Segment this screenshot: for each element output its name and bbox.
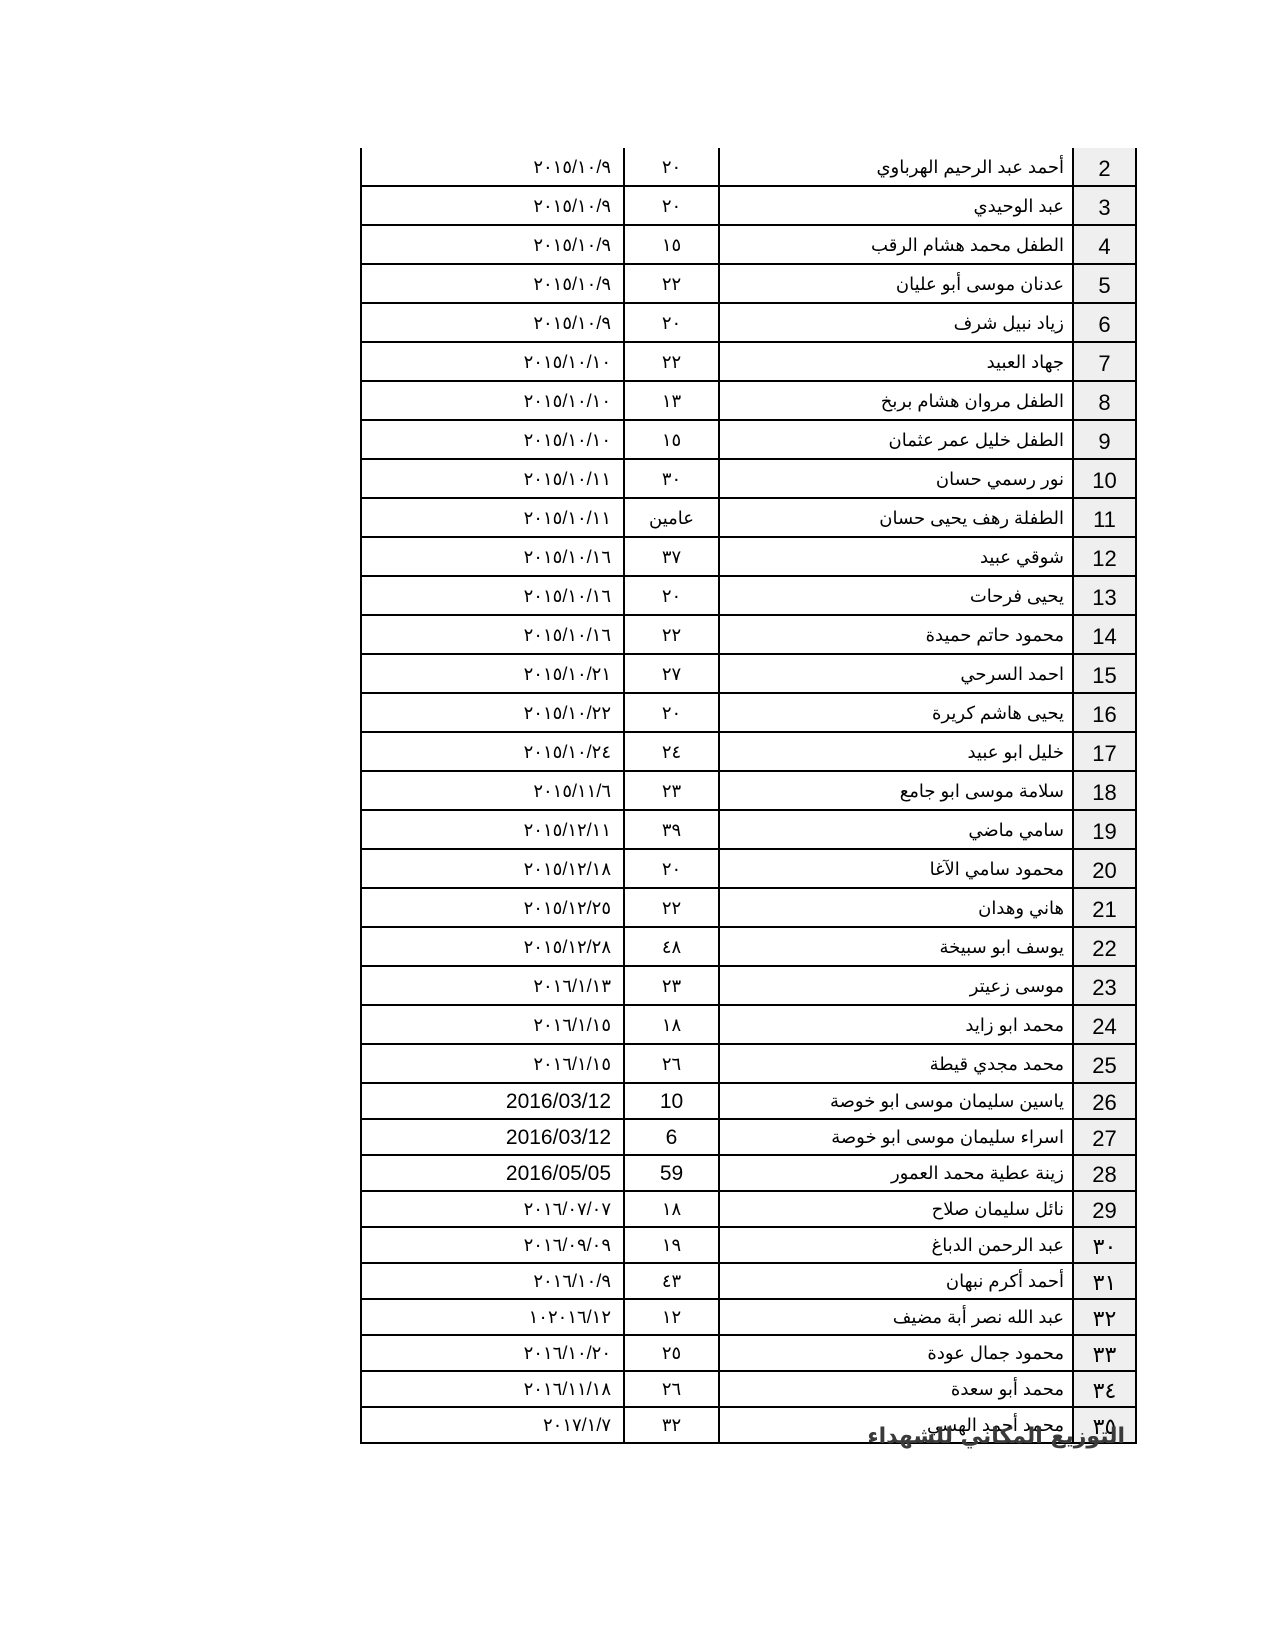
name-cell: سلامة موسى ابو جامع bbox=[719, 771, 1073, 810]
age-cell: عامين bbox=[624, 498, 719, 537]
name-cell: يحيى هاشم كريرة bbox=[719, 693, 1073, 732]
name-cell: زينة عطية محمد العمور bbox=[719, 1155, 1073, 1191]
age-cell: ٢٦ bbox=[624, 1044, 719, 1083]
table-row: 12شوقي عبيد٣٧٢٠١٥/١٠/١٦ bbox=[361, 537, 1136, 576]
name-cell: الطفل محمد هشام الرقب bbox=[719, 225, 1073, 264]
table-row: 27اسراء سليمان موسى ابو خوصة62016/03/12 bbox=[361, 1119, 1136, 1155]
row-number: 15 bbox=[1073, 654, 1136, 693]
table-row: 7جهاد العبيد٢٢٢٠١٥/١٠/١٠ bbox=[361, 342, 1136, 381]
age-cell: ٢٤ bbox=[624, 732, 719, 771]
table-row: 13يحيى فرحات٢٠٢٠١٥/١٠/١٦ bbox=[361, 576, 1136, 615]
age-cell: ٤٨ bbox=[624, 927, 719, 966]
age-cell: ٢٥ bbox=[624, 1335, 719, 1371]
name-cell: عدنان موسى أبو عليان bbox=[719, 264, 1073, 303]
age-cell: ٣٧ bbox=[624, 537, 719, 576]
row-number: 26 bbox=[1073, 1083, 1136, 1119]
date-cell: ٢٠١٥/١٢/١١ bbox=[361, 810, 624, 849]
table-row: 9الطفل خليل عمر عثمان١٥٢٠١٥/١٠/١٠ bbox=[361, 420, 1136, 459]
name-cell: سامي ماضي bbox=[719, 810, 1073, 849]
row-number: 7 bbox=[1073, 342, 1136, 381]
table-row: 14محمود حاتم حميدة٢٢٢٠١٥/١٠/١٦ bbox=[361, 615, 1136, 654]
row-number: 18 bbox=[1073, 771, 1136, 810]
date-cell: ٢٠١٥/١٠/١٠ bbox=[361, 381, 624, 420]
age-cell: ١٣ bbox=[624, 381, 719, 420]
date-cell: ٢٠١٥/١٠/٢٤ bbox=[361, 732, 624, 771]
name-cell: محمود حاتم حميدة bbox=[719, 615, 1073, 654]
age-cell: 6 bbox=[624, 1119, 719, 1155]
table-row: 28زينة عطية محمد العمور592016/05/05 bbox=[361, 1155, 1136, 1191]
age-cell: ٣٠ bbox=[624, 459, 719, 498]
age-cell: ٢٢ bbox=[624, 888, 719, 927]
age-cell: ٢٠ bbox=[624, 849, 719, 888]
row-number: 4 bbox=[1073, 225, 1136, 264]
age-cell: ٣٢ bbox=[624, 1407, 719, 1443]
age-cell: ٢٦ bbox=[624, 1371, 719, 1407]
table-row: 5عدنان موسى أبو عليان٢٢٢٠١٥/١٠/٩ bbox=[361, 264, 1136, 303]
table-row: 22يوسف ابو سبيخة٤٨٢٠١٥/١٢/٢٨ bbox=[361, 927, 1136, 966]
name-cell: محمد مجدي قيطة bbox=[719, 1044, 1073, 1083]
table-row: ٣٠عبد الرحمن الدباغ١٩٢٠١٦/٠٩/٠٩ bbox=[361, 1227, 1136, 1263]
name-cell: موسى زعيتر bbox=[719, 966, 1073, 1005]
section-heading: التوزيع المكاني للشهداء bbox=[867, 1424, 1125, 1449]
name-cell: الطفلة رهف يحيى حسان bbox=[719, 498, 1073, 537]
table-row: 4الطفل محمد هشام الرقب١٥٢٠١٥/١٠/٩ bbox=[361, 225, 1136, 264]
row-number: 14 bbox=[1073, 615, 1136, 654]
name-cell: محمود جمال عودة bbox=[719, 1335, 1073, 1371]
name-cell: أحمد أكرم نبهان bbox=[719, 1263, 1073, 1299]
table-row: 6زياد نبيل شرف٢٠٢٠١٥/١٠/٩ bbox=[361, 303, 1136, 342]
date-cell: ٢٠١٦/٠٧/٠٧ bbox=[361, 1191, 624, 1227]
date-cell: ٢٠١٦/١/١٥ bbox=[361, 1044, 624, 1083]
name-cell: شوقي عبيد bbox=[719, 537, 1073, 576]
name-cell: عبد الوحيدي bbox=[719, 186, 1073, 225]
row-number: 28 bbox=[1073, 1155, 1136, 1191]
table-row: ٣٣محمود جمال عودة٢٥٢٠١٦/١٠/٢٠ bbox=[361, 1335, 1136, 1371]
name-cell: نائل سليمان صلاح bbox=[719, 1191, 1073, 1227]
table-row: 3عبد الوحيدي٢٠٢٠١٥/١٠/٩ bbox=[361, 186, 1136, 225]
row-number: 21 bbox=[1073, 888, 1136, 927]
age-cell: ١٨ bbox=[624, 1191, 719, 1227]
name-cell: أحمد عبد الرحيم الهرباوي bbox=[719, 148, 1073, 186]
name-cell: ياسين سليمان موسى ابو خوصة bbox=[719, 1083, 1073, 1119]
row-number: 16 bbox=[1073, 693, 1136, 732]
date-cell: ٢٠١٥/١٠/١٠ bbox=[361, 420, 624, 459]
table-row: 29نائل سليمان صلاح١٨٢٠١٦/٠٧/٠٧ bbox=[361, 1191, 1136, 1227]
table-row: 18سلامة موسى ابو جامع٢٣٢٠١٥/١١/٦ bbox=[361, 771, 1136, 810]
date-cell: ٢٠١٥/١٠/١٠ bbox=[361, 342, 624, 381]
age-cell: ٢٧ bbox=[624, 654, 719, 693]
table-row: ٣٤محمد أبو سعدة٢٦٢٠١٦/١١/١٨ bbox=[361, 1371, 1136, 1407]
table-row: 24محمد ابو زايد١٨٢٠١٦/١/١٥ bbox=[361, 1005, 1136, 1044]
name-cell: احمد السرحي bbox=[719, 654, 1073, 693]
name-cell: نور رسمي حسان bbox=[719, 459, 1073, 498]
table-row: 16يحيى هاشم كريرة٢٠٢٠١٥/١٠/٢٢ bbox=[361, 693, 1136, 732]
date-cell: ٢٠١٥/١٢/١٨ bbox=[361, 849, 624, 888]
name-cell: هاني وهدان bbox=[719, 888, 1073, 927]
date-cell: ٢٠١٥/١٠/٩ bbox=[361, 303, 624, 342]
row-number: 12 bbox=[1073, 537, 1136, 576]
date-cell: ٢٠١٦/١/١٥ bbox=[361, 1005, 624, 1044]
name-cell: محمود سامي الآغا bbox=[719, 849, 1073, 888]
row-number: 10 bbox=[1073, 459, 1136, 498]
date-cell: ٢٠١٥/١٠/١٦ bbox=[361, 576, 624, 615]
name-cell: محمد أبو سعدة bbox=[719, 1371, 1073, 1407]
age-cell: ٢٢ bbox=[624, 342, 719, 381]
row-number: 9 bbox=[1073, 420, 1136, 459]
age-cell: 10 bbox=[624, 1083, 719, 1119]
date-cell: ٢٠١٥/١٠/٩ bbox=[361, 225, 624, 264]
row-number: 17 bbox=[1073, 732, 1136, 771]
table-row: 19سامي ماضي٣٩٢٠١٥/١٢/١١ bbox=[361, 810, 1136, 849]
age-cell: ٢٣ bbox=[624, 966, 719, 1005]
date-cell: 2016/03/12 bbox=[361, 1119, 624, 1155]
row-number: 2 bbox=[1073, 148, 1136, 186]
table-row: 23موسى زعيتر٢٣٢٠١٦/١/١٣ bbox=[361, 966, 1136, 1005]
date-cell: ٢٠١٦/١٠/٩ bbox=[361, 1263, 624, 1299]
age-cell: ٤٣ bbox=[624, 1263, 719, 1299]
row-number: 5 bbox=[1073, 264, 1136, 303]
row-number: 20 bbox=[1073, 849, 1136, 888]
date-cell: ٢٠١٦/١/١٣ bbox=[361, 966, 624, 1005]
age-cell: ٢٢ bbox=[624, 264, 719, 303]
row-number: 23 bbox=[1073, 966, 1136, 1005]
table-row: ٣٢عبد الله نصر أبة مضيف١٢١٠٢٠١٦/١٢ bbox=[361, 1299, 1136, 1335]
row-number: ٣٣ bbox=[1073, 1335, 1136, 1371]
row-number: 3 bbox=[1073, 186, 1136, 225]
row-number: ٣٢ bbox=[1073, 1299, 1136, 1335]
age-cell: ٢٠ bbox=[624, 576, 719, 615]
age-cell: ١٥ bbox=[624, 225, 719, 264]
age-cell: ٢٢ bbox=[624, 615, 719, 654]
date-cell: ٢٠١٥/١٢/٢٥ bbox=[361, 888, 624, 927]
age-cell: ٢٠ bbox=[624, 303, 719, 342]
table-row: 10نور رسمي حسان٣٠٢٠١٥/١٠/١١ bbox=[361, 459, 1136, 498]
row-number: 11 bbox=[1073, 498, 1136, 537]
name-cell: عبد الرحمن الدباغ bbox=[719, 1227, 1073, 1263]
date-cell: ٢٠١٧/١/٧ bbox=[361, 1407, 624, 1443]
row-number: ٣٠ bbox=[1073, 1227, 1136, 1263]
table-row: 20محمود سامي الآغا٢٠٢٠١٥/١٢/١٨ bbox=[361, 849, 1136, 888]
name-cell: خليل ابو عبيد bbox=[719, 732, 1073, 771]
date-cell: ٢٠١٥/١٠/١٦ bbox=[361, 537, 624, 576]
row-number: 6 bbox=[1073, 303, 1136, 342]
name-cell: جهاد العبيد bbox=[719, 342, 1073, 381]
date-cell: ٢٠١٦/١١/١٨ bbox=[361, 1371, 624, 1407]
date-cell: ٢٠١٦/١٠/٢٠ bbox=[361, 1335, 624, 1371]
row-number: 22 bbox=[1073, 927, 1136, 966]
age-cell: ١٩ bbox=[624, 1227, 719, 1263]
table-row: 15احمد السرحي٢٧٢٠١٥/١٠/٢١ bbox=[361, 654, 1136, 693]
table-row: 11الطفلة رهف يحيى حسانعامين٢٠١٥/١٠/١١ bbox=[361, 498, 1136, 537]
date-cell: ٢٠١٦/٠٩/٠٩ bbox=[361, 1227, 624, 1263]
date-cell: ٢٠١٥/١٠/٩ bbox=[361, 148, 624, 186]
name-cell: يحيى فرحات bbox=[719, 576, 1073, 615]
name-cell: محمد ابو زايد bbox=[719, 1005, 1073, 1044]
name-cell: عبد الله نصر أبة مضيف bbox=[719, 1299, 1073, 1335]
age-cell: ١٢ bbox=[624, 1299, 719, 1335]
date-cell: ٢٠١٥/١٠/٩ bbox=[361, 264, 624, 303]
date-cell: ٢٠١٥/١٠/١٦ bbox=[361, 615, 624, 654]
table-row: 25محمد مجدي قيطة٢٦٢٠١٦/١/١٥ bbox=[361, 1044, 1136, 1083]
row-number: 13 bbox=[1073, 576, 1136, 615]
row-number: ٣١ bbox=[1073, 1263, 1136, 1299]
table-row: ٣١أحمد أكرم نبهان٤٣٢٠١٦/١٠/٩ bbox=[361, 1263, 1136, 1299]
row-number: 19 bbox=[1073, 810, 1136, 849]
age-cell: ٢٠ bbox=[624, 148, 719, 186]
age-cell: ٢٠ bbox=[624, 186, 719, 225]
table-row: 8الطفل مروان هشام بربخ١٣٢٠١٥/١٠/١٠ bbox=[361, 381, 1136, 420]
age-cell: ١٥ bbox=[624, 420, 719, 459]
date-cell: 2016/03/12 bbox=[361, 1083, 624, 1119]
date-cell: ٢٠١٥/١٠/١١ bbox=[361, 459, 624, 498]
age-cell: ١٨ bbox=[624, 1005, 719, 1044]
age-cell: ٣٩ bbox=[624, 810, 719, 849]
date-cell: ٢٠١٥/١٠/١١ bbox=[361, 498, 624, 537]
table-row: 26ياسين سليمان موسى ابو خوصة102016/03/12 bbox=[361, 1083, 1136, 1119]
name-cell: زياد نبيل شرف bbox=[719, 303, 1073, 342]
row-number: 8 bbox=[1073, 381, 1136, 420]
date-cell: ٢٠١٥/١٢/٢٨ bbox=[361, 927, 624, 966]
martyrs-table: 2أحمد عبد الرحيم الهرباوي٢٠٢٠١٥/١٠/٩3عبد… bbox=[360, 148, 1137, 1444]
name-cell: يوسف ابو سبيخة bbox=[719, 927, 1073, 966]
age-cell: ٢٣ bbox=[624, 771, 719, 810]
date-cell: 2016/05/05 bbox=[361, 1155, 624, 1191]
row-number: 25 bbox=[1073, 1044, 1136, 1083]
date-cell: ١٠٢٠١٦/١٢ bbox=[361, 1299, 624, 1335]
date-cell: ٢٠١٥/١٠/٩ bbox=[361, 186, 624, 225]
name-cell: الطفل خليل عمر عثمان bbox=[719, 420, 1073, 459]
date-cell: ٢٠١٥/١٠/٢٢ bbox=[361, 693, 624, 732]
martyrs-table-body: 2أحمد عبد الرحيم الهرباوي٢٠٢٠١٥/١٠/٩3عبد… bbox=[361, 148, 1136, 1443]
name-cell: اسراء سليمان موسى ابو خوصة bbox=[719, 1119, 1073, 1155]
row-number: 24 bbox=[1073, 1005, 1136, 1044]
table-row: 21هاني وهدان٢٢٢٠١٥/١٢/٢٥ bbox=[361, 888, 1136, 927]
date-cell: ٢٠١٥/١٠/٢١ bbox=[361, 654, 624, 693]
row-number: ٣٤ bbox=[1073, 1371, 1136, 1407]
date-cell: ٢٠١٥/١١/٦ bbox=[361, 771, 624, 810]
name-cell: الطفل مروان هشام بربخ bbox=[719, 381, 1073, 420]
row-number: 29 bbox=[1073, 1191, 1136, 1227]
row-number: 27 bbox=[1073, 1119, 1136, 1155]
age-cell: ٢٠ bbox=[624, 693, 719, 732]
table-row: 2أحمد عبد الرحيم الهرباوي٢٠٢٠١٥/١٠/٩ bbox=[361, 148, 1136, 186]
age-cell: 59 bbox=[624, 1155, 719, 1191]
table-row: 17خليل ابو عبيد٢٤٢٠١٥/١٠/٢٤ bbox=[361, 732, 1136, 771]
